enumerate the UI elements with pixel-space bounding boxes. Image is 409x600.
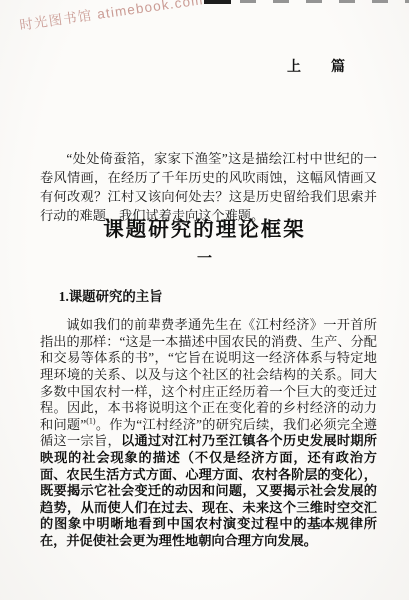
body-paragraph: 诚如我们的前辈费孝通先生在《江村经济》一开首所指出的那样：“这是一本描述中国农民… (40, 317, 377, 549)
chapter-number-divider: 一 (0, 247, 409, 268)
library-watermark: 时光图书馆 atimebook.com (18, 0, 249, 34)
scanned-book-page: 时光图书馆 atimebook.com 上 篇 “处处倚蚕箔，家家下渔筌”这是描… (0, 0, 409, 600)
body-text-normal-1: 诚如我们的前辈费孝通先生在《江村经济》一开首所指出的那样：“这是一本描述中国农民… (40, 317, 377, 432)
section-title: 1.课题研究的主旨 (40, 286, 377, 305)
part-label: 上 篇 (287, 56, 345, 76)
chapter-title: 课题研究的理论框架 (0, 212, 409, 242)
top-edge-dashed-line (240, 0, 409, 3)
body-text-emphasis: 以通过对江村乃至江镇各个历史发展时期所映现的社会现象的描述（不仅是经济方面，还有… (40, 433, 377, 548)
part-label-second-char: 篇 (331, 56, 345, 76)
footnote-marker: (1) (86, 416, 95, 425)
page-number: · 1 · (295, 518, 351, 530)
part-label-first-char: 上 (287, 56, 301, 76)
